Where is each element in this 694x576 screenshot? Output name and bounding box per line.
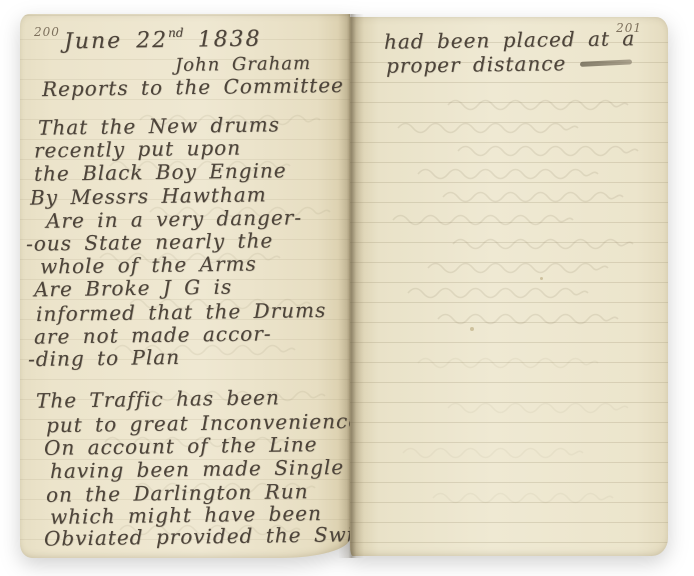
foxing-speck	[540, 277, 543, 280]
pencil-dash	[580, 59, 632, 67]
manuscript-line: Obviated provided the Switches	[44, 521, 350, 550]
attribution-line: John Graham	[175, 53, 311, 76]
date-prefix: June 22	[64, 28, 169, 54]
heading-line: Reports to the Committee	[42, 73, 344, 101]
manuscript-line: The Traffic has been	[36, 385, 280, 412]
date-year: 1838	[197, 27, 261, 53]
date-line: June 22nd 1838	[64, 25, 262, 55]
manuscript-line: -ding to Plan	[28, 345, 180, 371]
right-page-text: had been placed at a proper distance	[350, 17, 668, 556]
left-page-text: June 22nd 1838 John Graham Reports to th…	[20, 14, 350, 558]
left-page: 200 June 22nd 1838 John Graham Reports t…	[20, 14, 350, 558]
manuscript-line: had been placed at a	[384, 26, 636, 54]
date-ordinal-suffix: nd	[168, 26, 184, 40]
right-page: 201 had been placed at a proper distance	[350, 17, 668, 556]
open-manuscript-book: 200 June 22nd 1838 John Graham Reports t…	[20, 14, 668, 558]
manuscript-line: Are Broke J G is	[34, 275, 233, 302]
foxing-speck	[470, 327, 474, 331]
manuscript-line-text: proper distance	[386, 51, 567, 78]
manuscript-line: That the New drums	[38, 112, 280, 139]
manuscript-line: proper distance	[386, 50, 633, 77]
